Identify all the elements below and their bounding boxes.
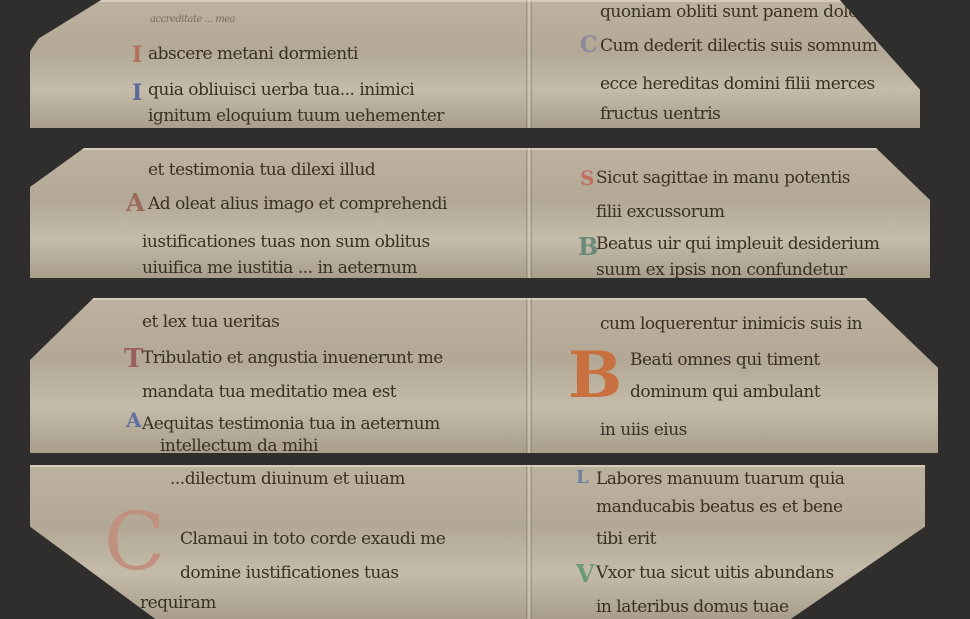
text-line: abscere metani dormienti [148,44,358,64]
fold-crease [526,148,532,278]
initial-letter: T [124,344,143,374]
text-line: intellectum da mihi [160,436,318,456]
fold-crease [526,298,532,453]
text-line: Clamaui in toto corde exaudi me [180,529,445,549]
text-line: Aequitas testimonia tua in aeternum [142,414,440,434]
initial-letter: I [132,42,142,68]
text-line: Tribulatio et angustia inuenerunt me [142,348,443,368]
text-line: quoniam obliti sunt panem dolo [600,2,858,22]
manuscript-fragment-4: ...dilectum diuinum et uiuam C Clamaui i… [30,465,925,619]
initial-letter: A [126,408,142,432]
text-line: Cum dederit dilectis suis somnum [600,36,877,56]
text-line: ecce hereditas domini filii merces [600,74,875,94]
text-line: accreditate ... mea [150,14,235,25]
initial-letter: A [126,188,145,217]
manuscript-fragment-1: accreditate ... mea I abscere metani dor… [30,0,920,128]
text-line: tibi erit [596,529,656,549]
initial-letter: S [580,166,594,190]
initial-letter: I [132,80,142,106]
initial-letter: L [576,467,589,488]
text-line: in uiis eius [600,420,687,440]
initial-letter: B [568,338,622,413]
fold-crease [526,465,532,619]
text-line: et testimonia tua dilexi illud [148,160,375,180]
text-line: Vxor tua sicut uitis abundans [596,563,834,583]
initial-letter: C [580,32,598,58]
manuscript-fragment-2: et testimonia tua dilexi illud A Ad olea… [30,148,930,278]
text-line: cum loquerentur inimicis suis in [600,314,862,334]
text-line: Sicut sagittae in manu potentis [596,168,850,188]
text-line: domine iustificationes tuas [180,563,399,583]
initial-letter: C [104,495,165,588]
text-line: quia obliuisci uerba tua... inimici [148,80,414,100]
text-line: mandata tua meditatio mea est [142,382,396,402]
text-line: iustificationes tuas non sum oblitus [142,232,430,252]
text-line: Ad oleat alius imago et comprehendi [148,194,447,214]
text-line: manducabis beatus es et bene [596,497,843,517]
text-line: Labores manuum tuarum quia [596,469,844,489]
text-line: dominum qui ambulant [630,382,820,402]
text-line: ...dilectum diuinum et uiuam [170,469,405,489]
text-line: Beati omnes qui timent [630,350,820,370]
text-line: in lateribus domus tuae [596,597,789,617]
text-line: fructus uentris [600,104,720,124]
fold-crease [526,0,532,128]
initial-letter: V [576,559,595,588]
manuscript-fragment-3: et lex tua ueritas T Tribulatio et angus… [30,298,938,453]
text-line: requiram [140,593,216,613]
text-line: Beatus uir qui impleuit desiderium [596,234,879,254]
text-line: et lex tua ueritas [142,312,279,332]
text-line: uiuifica me iustitia ... in aeternum [142,258,417,278]
text-line: filii excussorum [596,202,724,222]
text-line: ignitum eloquium tuum uehementer [148,106,444,126]
text-line: suum ex ipsis non confundetur [596,260,847,280]
